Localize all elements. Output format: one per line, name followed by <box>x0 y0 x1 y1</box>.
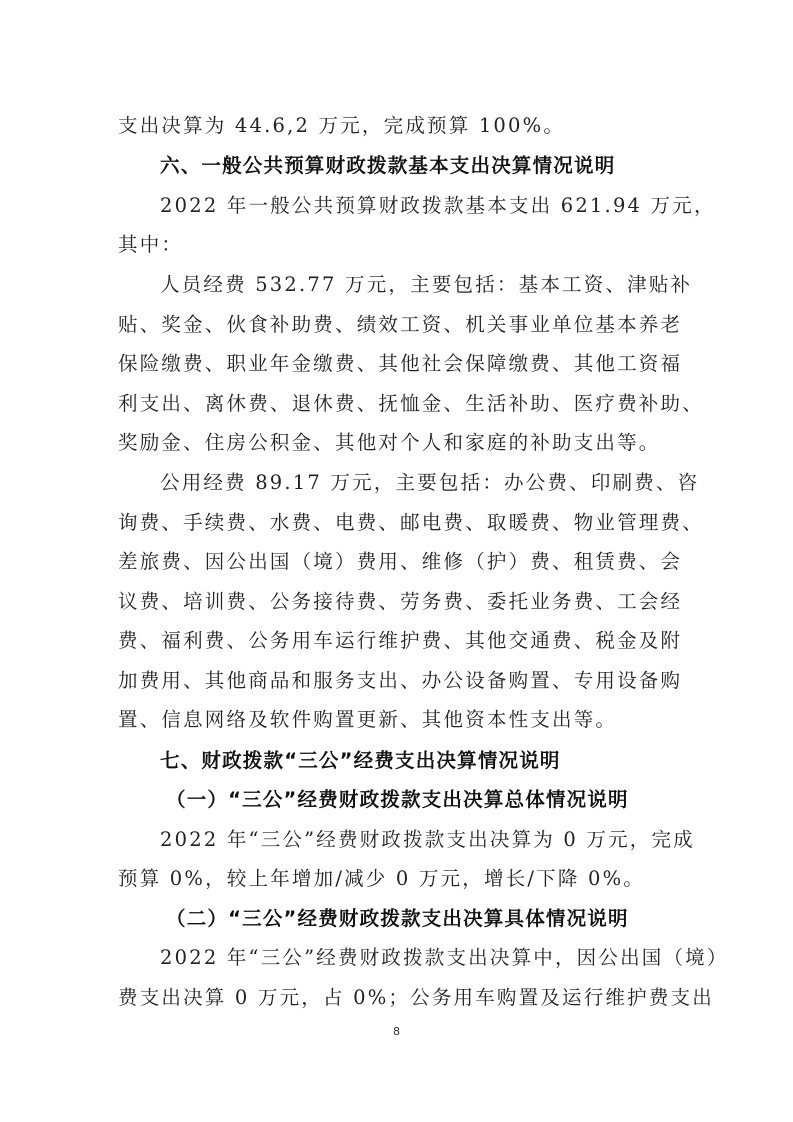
paragraph-line: 利支出、离休费、退休费、抚恤金、生活补助、医疗费补助、 <box>118 391 678 417</box>
paragraph-line: 询费、手续费、水费、电费、邮电费、取暖费、物业管理费、 <box>118 510 678 536</box>
paragraph-line: 奖励金、住房公积金、其他对个人和家庭的补助支出等。 <box>118 430 678 456</box>
section-heading-6: 六、一般公共预算财政拨款基本支出决算情况说明 <box>160 153 680 179</box>
subsection-heading-1: （一）“三公”经费财政拨款支出决算总体情况说明 <box>166 787 726 813</box>
paragraph-line: 费支出决算 0 万元，占 0%；公务用车购置及运行维护费支出 <box>118 985 678 1011</box>
subsection-heading-2: （二）“三公”经费财政拨款支出决算具体情况说明 <box>166 906 726 932</box>
paragraph-line: 其中： <box>118 232 678 258</box>
paragraph-line: 费、福利费、公务用车运行维护费、其他交通费、税金及附 <box>118 628 678 654</box>
paragraph-line: 置、信息网络及软件购置更新、其他资本性支出等。 <box>118 707 678 733</box>
paragraph-line: 贴、奖金、伙食补助费、绩效工资、机关事业单位基本养老 <box>118 312 678 338</box>
paragraph-line: 2022 年“三公”经费财政拨款支出决算中，因公出国（境） <box>160 945 680 971</box>
paragraph-line: 议费、培训费、公务接待费、劳务费、委托业务费、工会经 <box>118 589 678 615</box>
paragraph-line: 支出决算为 44.6,2 万元，完成预算 100%。 <box>118 113 678 139</box>
paragraph-line: 2022 年“三公”经费财政拨款支出决算为 0 万元，完成 <box>160 827 680 853</box>
paragraph-line: 公用经费 89.17 万元，主要包括：办公费、印刷费、咨 <box>160 470 680 496</box>
paragraph-line: 人员经费 532.77 万元，主要包括：基本工资、津贴补 <box>160 272 680 298</box>
paragraph-line: 2022 年一般公共预算财政拨款基本支出 621.94 万元， <box>160 193 680 219</box>
paragraph-line: 差旅费、因公出国（境）费用、维修（护）费、租赁费、会 <box>118 549 678 575</box>
section-heading-7: 七、财政拨款“三公”经费支出决算情况说明 <box>160 748 680 774</box>
paragraph-line: 保险缴费、职业年金缴费、其他社会保障缴费、其他工资福 <box>118 351 678 377</box>
page-number: 8 <box>0 1025 793 1038</box>
paragraph-line: 加费用、其他商品和服务支出、办公设备购置、专用设备购 <box>118 668 678 694</box>
paragraph-line: 预算 0%，较上年增加/减少 0 万元，增长/下降 0%。 <box>118 866 678 892</box>
